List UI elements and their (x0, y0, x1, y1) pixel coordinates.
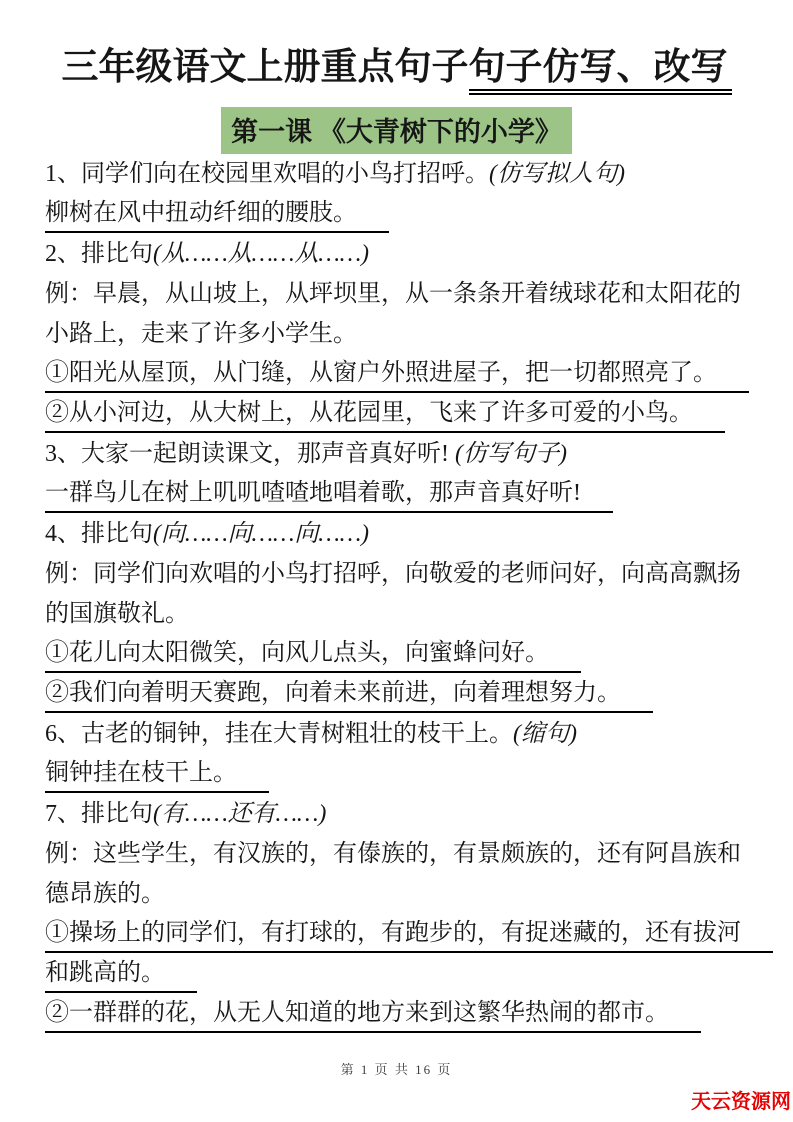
text-segment: 小路上，走来了许多小学生。 (45, 321, 357, 347)
page-number: 第 1 页 共 16 页 (0, 1059, 793, 1078)
text-line: 的国旗敬礼。 (45, 596, 748, 636)
text-segment: ①操场上的同学们，有打球的，有跑步的，有捉迷藏的，还有拔河 (45, 920, 741, 946)
text-line: ②一群群的花，从无人知道的地方来到这繁华热闹的都市。 (45, 996, 748, 1036)
exercise-text: 小路上，走来了许多小学生。 (45, 316, 357, 353)
text-segment: ①阳光从屋顶，从门缝，从窗户外照进屋子，把一切都照亮了。 (45, 360, 717, 386)
body-lines: 1、同学们向在校园里欢唱的小鸟打招呼。(仿写拟人句)柳树在风中扭动纤细的腰肢。2… (45, 156, 748, 1036)
text-line: 1、同学们向在校园里欢唱的小鸟打招呼。(仿写拟人句) (45, 156, 748, 196)
text-segment: 3、大家一起朗读课文，那声音真好听! (45, 441, 455, 467)
text-line: 铜钟挂在枝干上。 (45, 756, 748, 796)
document-title: 三年级语文上册重点句子句子仿写、改写 (45, 36, 748, 90)
lesson-header-highlight: 第一课 《大青树下的小学》 (221, 107, 572, 154)
exercise-text: 例：早晨，从山坡上，从坪坝里，从一条条开着绒球花和太阳花的 (45, 276, 741, 313)
answer-text: ②从小河边，从大树上，从花园里，飞来了许多可爱的小鸟。 (45, 396, 725, 433)
text-segment: 一群鸟儿在树上叽叽喳喳地唱着歌，那声音真好听! (45, 480, 581, 506)
text-line: 3、大家一起朗读课文，那声音真好听! (仿写句子) (45, 436, 748, 476)
exercise-text: 的国旗敬礼。 (45, 596, 189, 633)
exercise-text: 2、排比句(从……从……从……) (45, 236, 369, 273)
answer-text: ②我们向着明天赛跑，向着未来前进，向着理想努力。 (45, 676, 653, 713)
text-line: 柳树在风中扭动纤细的腰肢。 (45, 196, 748, 236)
answer-text: ①操场上的同学们，有打球的，有跑步的，有捉迷藏的，还有拔河 (45, 916, 773, 953)
hint-text: (向……向……向……) (153, 521, 369, 547)
watermark: 天云资源网 (691, 1085, 791, 1114)
text-line: ②我们向着明天赛跑，向着未来前进，向着理想努力。 (45, 676, 748, 716)
text-line: ②从小河边，从大树上，从花园里，飞来了许多可爱的小鸟。 (45, 396, 748, 436)
text-segment: 和跳高的。 (45, 960, 165, 986)
answer-text: 一群鸟儿在树上叽叽喳喳地唱着歌，那声音真好听! (45, 476, 613, 513)
text-line: 和跳高的。 (45, 956, 748, 996)
exercise-text: 1、同学们向在校园里欢唱的小鸟打招呼。(仿写拟人句) (45, 156, 625, 193)
text-line: 2、排比句(从……从……从……) (45, 236, 748, 276)
text-line: 小路上，走来了许多小学生。 (45, 316, 748, 356)
hint-text: (仿写拟人句) (489, 161, 625, 187)
exercise-text: 3、大家一起朗读课文，那声音真好听! (仿写句子) (45, 436, 567, 473)
text-line: 例：这些学生，有汉族的，有傣族的，有景颇族的，还有阿昌族和 (45, 836, 748, 876)
text-line: 4、排比句(向……向……向……) (45, 516, 748, 556)
text-segment: 德昂族的。 (45, 881, 165, 907)
text-line: ①操场上的同学们，有打球的，有跑步的，有捉迷藏的，还有拔河 (45, 916, 748, 956)
exercise-text: 7、排比句(有……还有……) (45, 796, 326, 833)
exercise-text: 例：这些学生，有汉族的，有傣族的，有景颇族的，还有阿昌族和 (45, 836, 741, 873)
text-segment: 4、排比句 (45, 521, 153, 547)
text-segment: ②从小河边，从大树上，从花园里，飞来了许多可爱的小鸟。 (45, 400, 693, 426)
hint-text: (仿写句子) (455, 441, 567, 467)
answer-text: ①阳光从屋顶，从门缝，从窗户外照进屋子，把一切都照亮了。 (45, 356, 749, 393)
text-segment: 例：这些学生，有汉族的，有傣族的，有景颇族的，还有阿昌族和 (45, 841, 741, 867)
text-segment: ①花儿向太阳微笑，向风儿点头，向蜜蜂问好。 (45, 640, 549, 666)
text-segment: 2、排比句 (45, 241, 153, 267)
text-segment: 的国旗敬礼。 (45, 601, 189, 627)
text-segment: 柳树在风中扭动纤细的腰肢。 (45, 200, 357, 226)
text-segment: ②一群群的花，从无人知道的地方来到这繁华热闹的都市。 (45, 1000, 669, 1026)
text-segment: ②我们向着明天赛跑，向着未来前进，向着理想努力。 (45, 680, 621, 706)
text-segment: 铜钟挂在枝干上。 (45, 760, 237, 786)
text-segment: 例：同学们向欢唱的小鸟打招呼，向敬爱的老师问好，向高高飘扬 (45, 561, 741, 587)
exercise-text: 德昂族的。 (45, 876, 165, 913)
exercise-text: 例：同学们向欢唱的小鸟打招呼，向敬爱的老师问好，向高高飘扬 (45, 556, 741, 593)
text-segment: 6、古老的铜钟，挂在大青树粗壮的枝干上。 (45, 721, 513, 747)
text-line: 一群鸟儿在树上叽叽喳喳地唱着歌，那声音真好听! (45, 476, 748, 516)
answer-text: ①花儿向太阳微笑，向风儿点头，向蜜蜂问好。 (45, 636, 581, 673)
answer-text: 和跳高的。 (45, 956, 197, 993)
answer-text: 铜钟挂在枝干上。 (45, 756, 269, 793)
text-line: ①花儿向太阳微笑，向风儿点头，向蜜蜂问好。 (45, 636, 748, 676)
hint-text: (从……从……从……) (153, 241, 369, 267)
text-line: 7、排比句(有……还有……) (45, 796, 748, 836)
answer-text: 柳树在风中扭动纤细的腰肢。 (45, 196, 389, 233)
text-line: 例：同学们向欢唱的小鸟打招呼，向敬爱的老师问好，向高高飘扬 (45, 556, 748, 596)
text-line: 例：早晨，从山坡上，从坪坝里，从一条条开着绒球花和太阳花的 (45, 276, 748, 316)
title-plain-text: 三年级语文上册重点句子 (62, 47, 469, 88)
text-segment: 7、排比句 (45, 801, 153, 827)
text-line: ①阳光从屋顶，从门缝，从窗户外照进屋子，把一切都照亮了。 (45, 356, 748, 396)
text-line: 德昂族的。 (45, 876, 748, 916)
title-underlined-text: 句子仿写、改写 (469, 47, 732, 95)
exercise-text: 4、排比句(向……向……向……) (45, 516, 369, 553)
text-segment: 1、同学们向在校园里欢唱的小鸟打招呼。 (45, 161, 489, 187)
document-page: 三年级语文上册重点句子句子仿写、改写 第一课 《大青树下的小学》 1、同学们向在… (0, 0, 793, 1122)
text-line: 6、古老的铜钟，挂在大青树粗壮的枝干上。(缩句) (45, 716, 748, 756)
hint-text: (有……还有……) (153, 801, 326, 827)
text-segment: 例：早晨，从山坡上，从坪坝里，从一条条开着绒球花和太阳花的 (45, 281, 741, 307)
hint-text: (缩句) (513, 721, 577, 747)
exercise-text: 6、古老的铜钟，挂在大青树粗壮的枝干上。(缩句) (45, 716, 577, 753)
answer-text: ②一群群的花，从无人知道的地方来到这繁华热闹的都市。 (45, 996, 701, 1033)
lesson-header-row: 第一课 《大青树下的小学》 (45, 107, 748, 147)
